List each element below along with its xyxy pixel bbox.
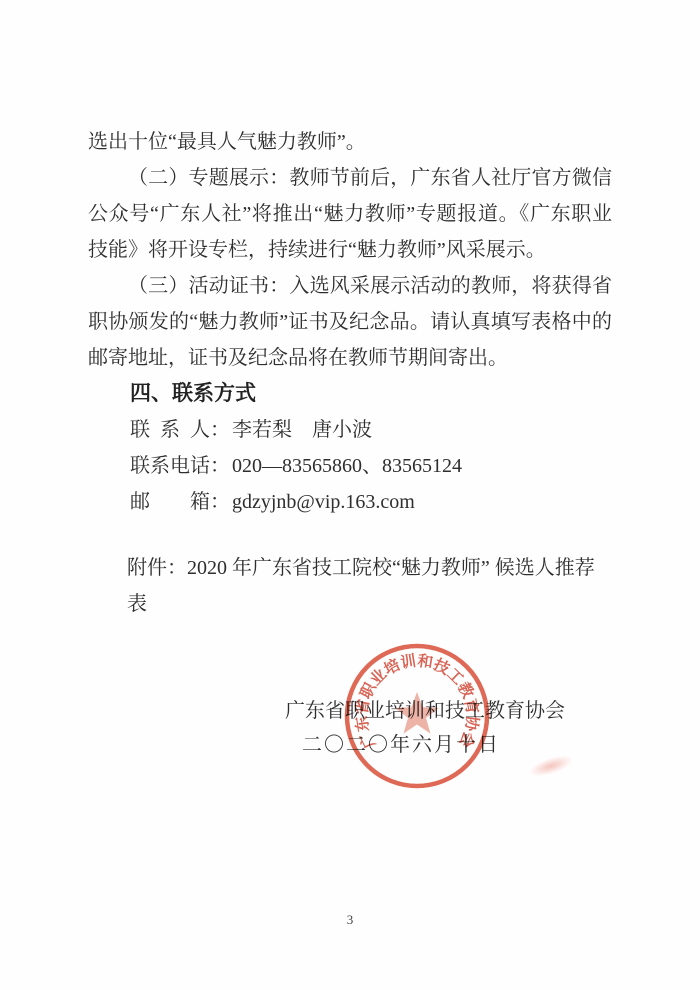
contact-label: 邮箱 (130, 484, 210, 520)
section-heading-contact: 四、联系方式 (88, 376, 612, 412)
contact-row-phone: 联系电话：020—83565860、83565124 (88, 448, 612, 484)
official-seal: 广东省职业培训和技工教育协会 (332, 631, 502, 801)
contact-row-email: 邮箱：gdzyjnb@vip.163.com (88, 484, 612, 520)
paragraph-continuation: 选出十位“最具人气魅力教师”。 (88, 124, 612, 160)
contact-label: 联系人 (130, 412, 210, 448)
seal-star-icon (395, 692, 439, 734)
attachment-line: 附件：2020 年广东省技工院校“魅力教师” 候选人推荐表 (88, 550, 612, 622)
paragraph-topic-display: （二）专题展示：教师节前后，广东省人社厅官方微信公众号“广东人社”将推出“魅力教… (88, 160, 612, 268)
page-number: 3 (0, 912, 700, 928)
contact-row-person: 联系人：李若梨 唐小波 (88, 412, 612, 448)
contact-value: 020—83565860、83565124 (230, 455, 462, 477)
contact-value: 李若梨 唐小波 (230, 419, 372, 441)
contact-colon: ： (210, 448, 230, 484)
paragraph-activity-certificate: （三）活动证书：入选风采展示活动的教师，将获得省职协颁发的“魅力教师”证书及纪念… (88, 268, 612, 376)
document-body: 选出十位“最具人气魅力教师”。 （二）专题展示：教师节前后，广东省人社厅官方微信… (88, 124, 612, 622)
contact-value: gdzyjnb@vip.163.com (230, 491, 415, 513)
document-page: 选出十位“最具人气魅力教师”。 （二）专题展示：教师节前后，广东省人社厅官方微信… (0, 0, 700, 990)
contact-colon: ： (210, 484, 230, 520)
contact-label: 联系电话 (130, 448, 210, 484)
contact-colon: ： (210, 412, 230, 448)
